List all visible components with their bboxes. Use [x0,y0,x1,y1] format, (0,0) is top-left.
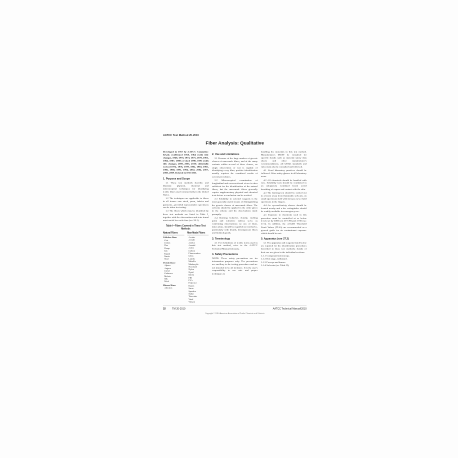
paragraph: handling the materials in this test meth… [261,150,307,168]
paragraph: 1.1 These test methods describe and illu… [163,181,209,196]
table-header-manmade: Man-Made Fibers [187,232,208,235]
paragraph: NOTE: These safety precautions are for i… [212,257,258,275]
paragraph: 2.1 Because of the large number of gener… [212,157,258,178]
section-heading: 5. Apparatus (see 27.2) [261,237,307,240]
section-heading: 3. Terminology [212,237,258,240]
paragraph: 4.5 Exposure to chemicals used in this p… [261,214,307,235]
paragraph: 5.1.4 Solvents (see Table II). [261,264,307,267]
fiber-item: Asbestos [163,287,184,290]
section-heading: 4. Safety Precautions [212,253,258,256]
fiber-item: Vinyon [187,301,208,304]
table-columns: Natural FibersCellulose Base:CoirCottonF… [163,232,209,304]
fiber-item: Wool [163,280,184,283]
paragraph: 3.1 For definitions of textile terms use… [212,241,258,250]
paragraph: 4.4 An eyewash/safety shower should be l… [261,204,307,213]
paragraph: 2.4 Burning behavior, density, melting p… [212,216,258,234]
column-middle: 2. Use and Limitations2.1 Because of the… [212,150,258,275]
column-layout: Developed in 1957 by AATCC Committee RA2… [163,150,307,303]
table-header-natural: Natural Fibers [163,232,184,235]
column-right: handling the materials in this test meth… [261,150,307,267]
column-left: Developed in 1957 by AATCC Committee RA2… [163,150,209,303]
page-footer: 32 TM 20-2010 AATCC Technical Manual/201… [163,306,307,315]
footer-row: 32 TM 20-2010 AATCC Technical Manual/201… [163,307,307,310]
fiber-item: Sisal [163,258,184,261]
paragraph: 5.1 The apparatus and reagents listed be… [261,242,307,254]
paragraph: 4.2 All chemicals should be handled with… [261,179,307,191]
paragraph: 2.2 Microscopical examination of longitu… [212,179,258,197]
paragraph: 1.2 The techniques are applicable to fib… [163,197,209,209]
page-number: 32 [163,307,166,310]
document-page: AATCC Test Method 20-2010 Fiber Analysis… [163,134,307,324]
section-heading: 1. Purpose and Scope [163,177,209,180]
page-title: Fiber Analysis: Qualitative [163,141,307,146]
footer-method-label: TM 20-2010 [172,307,185,310]
table-column-manmade: Man-Made FibersAcetateAcrylicAnidexArami… [187,232,208,304]
paragraph: 1.3 The fibers which may be identified b… [163,210,209,222]
history-paragraph: Developed in 1957 by AATCC Committee RA2… [163,150,209,174]
table-column-natural: Natural FibersCellulose Base:CoirCottonF… [163,232,184,304]
footer-manual-label: AATCC Technical Manual/2010 [273,307,307,310]
paragraph: 2.3 Solubility in selected reagents is t… [212,198,258,216]
method-number: AATCC Test Method 20-2010 [163,134,307,137]
fiber-table: Table I—Fibers Covered in These Test Met… [163,224,209,303]
paragraph: 4.1 Good laboratory practices should be … [261,169,307,178]
copyright-line: Copyright © 2010 American Association of… [163,312,307,314]
paragraph: 4.3 The burning test should be carried o… [261,191,307,203]
section-heading: 2. Use and Limitations [212,153,258,156]
table-title: Table I—Fibers Covered in These Test Met… [163,224,209,230]
